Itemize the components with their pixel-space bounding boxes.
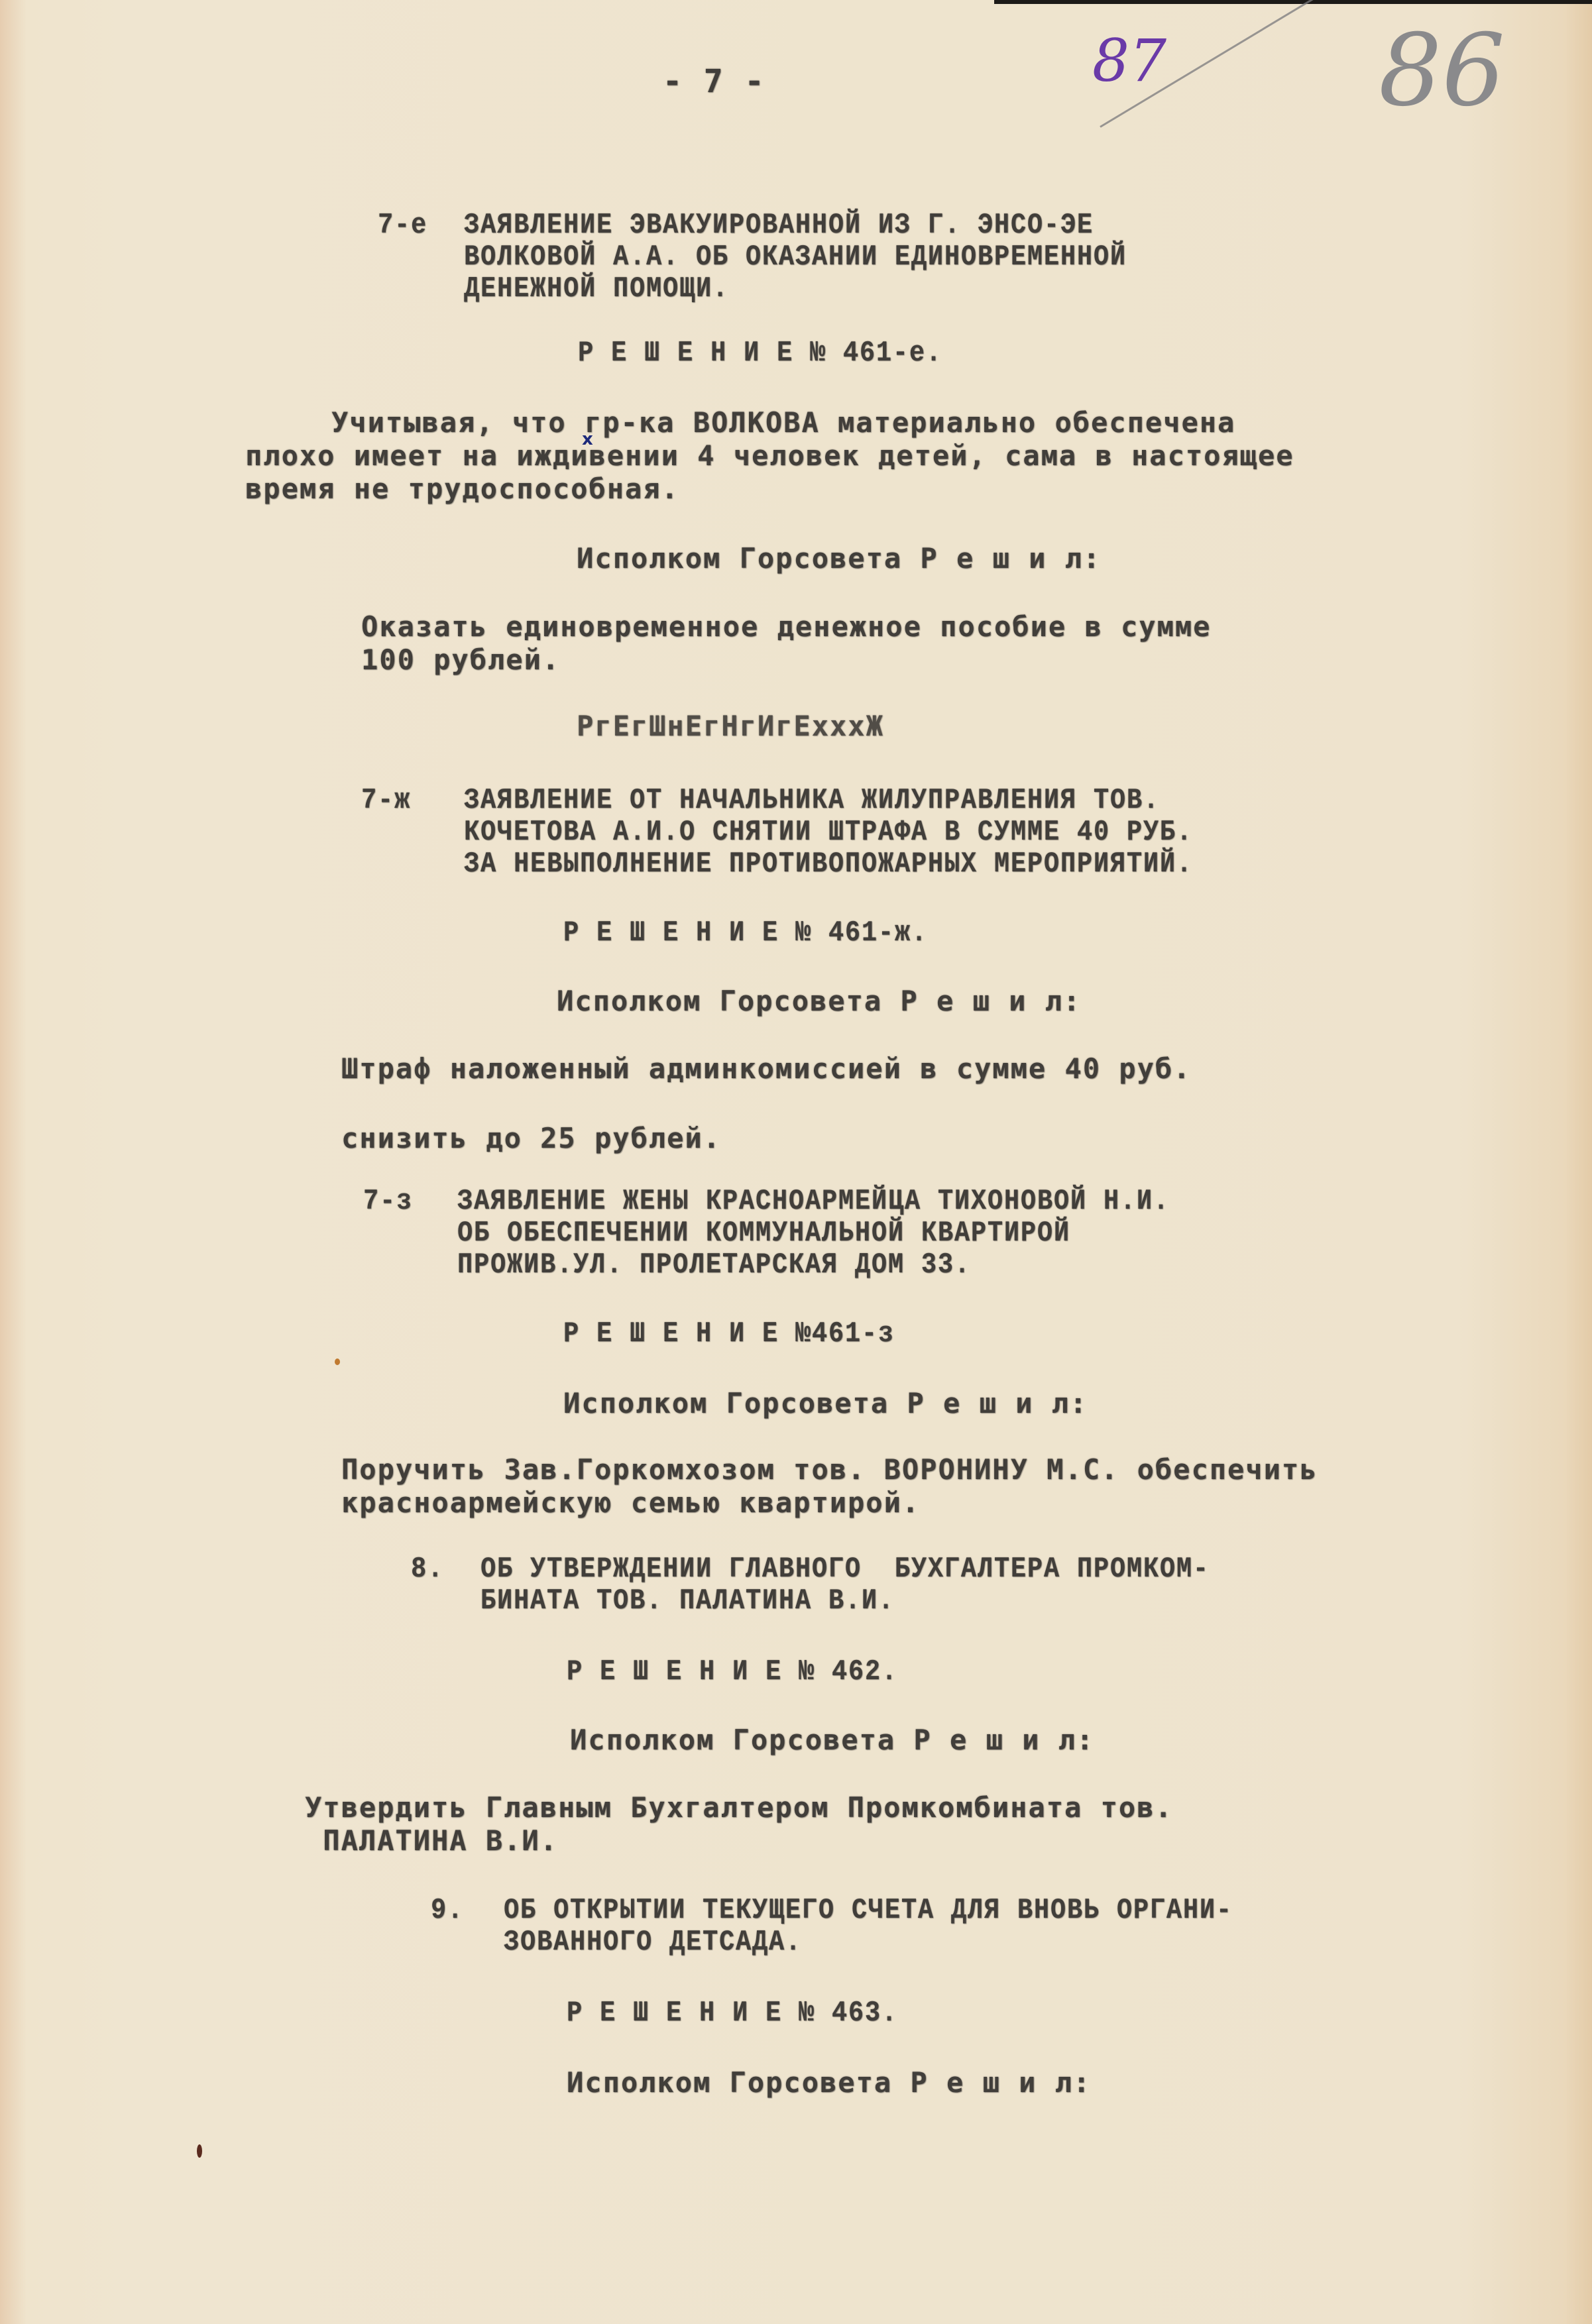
section-label-7e: 7-е: [378, 207, 427, 244]
section-heading-7zh-line3: ЗА НЕВЫПОЛНЕНИЕ ПРОТИВОПОЖАРНЫХ МЕРОПРИЯ…: [464, 846, 1193, 883]
resolution-8-line2: ПАЛАТИНА В.И.: [305, 1822, 558, 1859]
resolved-7e: Исполком Горсовета Р е ш и л:: [577, 540, 1101, 577]
section-heading-7e-line3: ДЕНЕЖНОЙ ПОМОЩИ.: [464, 270, 729, 307]
paper-stain: [335, 1358, 340, 1365]
decision-title-462: Р Е Ш Е Н И Е № 462.: [567, 1653, 898, 1690]
preamble-7e-line1: Учитывая, что гр-ка ВОЛКОВА материально …: [331, 404, 1235, 441]
scan-top-edge: [994, 0, 1592, 4]
section-heading-7z-line3: ПРОЖИВ.УЛ. ПРОЛЕТАРСКАЯ ДОМ 33.: [457, 1246, 971, 1284]
section-heading-9-line2: ЗОВАННОГО ДЕТСАДА.: [504, 1924, 802, 1961]
page-number: - 7 -: [663, 63, 766, 100]
decision-title-463: Р Е Ш Е Н И Е № 463.: [567, 1995, 898, 2032]
resolution-7z-line1: Поручить Зав.Горкомхозом тов. ВОРОНИНУ М…: [341, 1451, 1318, 1488]
handwritten-folio-pencil: 86: [1379, 13, 1505, 129]
resolved-9: Исполком Горсовета Р е ш и л:: [567, 2064, 1091, 2101]
resolution-7e-line2: 100 рублей.: [361, 641, 560, 679]
section-label-8: 8.: [411, 1551, 444, 1588]
section-label-7zh: 7-ж: [361, 782, 411, 819]
resolved-8: Исполком Горсовета Р е ш и л:: [570, 1722, 1094, 1759]
preamble-7e-line2: плохо имеет на иждивении 4 человек детей…: [245, 437, 1294, 474]
decision-title-461z: Р Е Ш Е Н И Е №461-з: [563, 1315, 895, 1353]
resolution-7z-line2: красноармейскую семью квартирой.: [341, 1484, 920, 1522]
resolution-7zh-line1: Штраф наложенный админкомиссией в сумме …: [341, 1050, 1191, 1087]
decision-title-461zh: Р Е Ш Е Н И Е № 461-ж.: [563, 914, 928, 952]
resolution-8-line1: Утвердить Главным Бухгалтером Промкомбин…: [305, 1789, 1173, 1826]
handwritten-folio-ink: 87: [1092, 27, 1166, 95]
section-label-7z: 7-з: [363, 1183, 413, 1220]
preamble-7e-line3: время не трудоспособная.: [245, 470, 679, 508]
document-page: - 7 - 87 86 7-е ЗАЯВЛЕНИЕ ЭВАКУИРОВАННОЙ…: [0, 0, 1592, 2324]
resolved-7zh: Исполком Горсовета Р е ш и л:: [557, 983, 1081, 1020]
resolved-7z: Исполком Горсовета Р е ш и л:: [563, 1385, 1088, 1422]
decision-title-461e: Р Е Ш Е Н И Е № 461-е.: [578, 335, 942, 372]
section-label-9: 9.: [431, 1892, 464, 1929]
struck-out-typing: РгЕгШнЕгНгИгЕхххЖ: [577, 708, 884, 745]
section-heading-8-line2: БИНАТА ТОВ. ПАЛАТИНА В.И.: [481, 1582, 895, 1620]
resolution-7e-line1: Оказать единовременное денежное пособие …: [361, 608, 1211, 645]
paper-stain: [197, 2144, 202, 2158]
resolution-7zh-line2: снизить до 25 рублей.: [341, 1120, 721, 1157]
